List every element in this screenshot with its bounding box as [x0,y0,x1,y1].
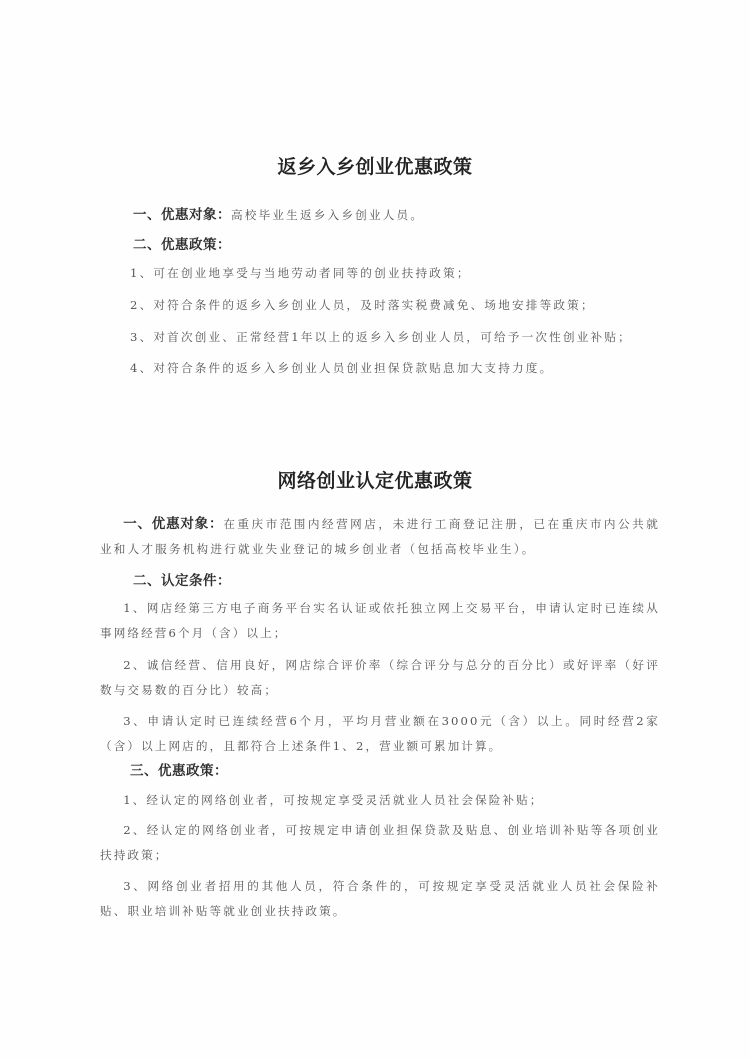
policy-item: 1、可在创业地享受与当地劳动者同等的创业扶持政策； [130,265,471,281]
target-paragraph: 一、优惠对象：在重庆市范围内经营网店，未进行工商登记注册，已在重庆市内公共就业和… [100,512,660,562]
section-title-return-home-entrepreneurship: 返乡入乡创业优惠政策 [0,152,750,179]
policy-heading: 三、优惠政策： [130,759,228,779]
target-label: 一、优惠对象： [133,207,231,223]
policy-item: 2、对符合条件的返乡入乡创业人员，及时落实税费减免、场地安排等政策； [130,297,595,313]
policy-heading: 二、优惠政策： [133,233,231,253]
policy-item: 3、对首次创业、正常经营1年以上的返乡入乡创业人员，可给予一次性创业补贴； [130,329,632,345]
condition-item: 1、网店经第三方电子商务平台实名认证或依托独立网上交易平台，申请认定时已连续从事… [100,596,660,646]
policy-item: 4、对符合条件的返乡入乡创业人员创业担保贷款贴息加大支持力度。 [130,360,553,376]
conditions-heading: 二、认定条件： [133,569,231,589]
condition-item: 2、诚信经营、信用良好，网店综合评价率（综合评分与总分的百分比）或好评率（好评数… [100,653,660,703]
document-page: 返乡入乡创业优惠政策 一、优惠对象：高校毕业生返乡入乡创业人员。 二、优惠政策：… [0,0,750,1061]
target-text: 高校毕业生返乡入乡创业人员。 [231,208,424,222]
policy-item: 3、网络创业者招用的其他人员，符合条件的，可按规定享受灵活就业人员社会保险补贴、… [100,874,660,924]
policy-item: 2、经认定的网络创业者，可按规定申请创业担保贷款及贴息、创业培训补贴等各项创业扶… [100,818,660,868]
target-line: 一、优惠对象：高校毕业生返乡入乡创业人员。 [133,203,424,223]
condition-item: 3、申请认定时已连续经营6个月，平均月营业额在3000元（含）以上。同时经营2家… [100,709,660,759]
policy-item: 1、经认定的网络创业者，可按规定享受灵活就业人员社会保险补贴； [100,788,660,813]
section-title-online-entrepreneurship: 网络创业认定优惠政策 [0,466,750,493]
target-label: 一、优惠对象： [123,516,223,532]
